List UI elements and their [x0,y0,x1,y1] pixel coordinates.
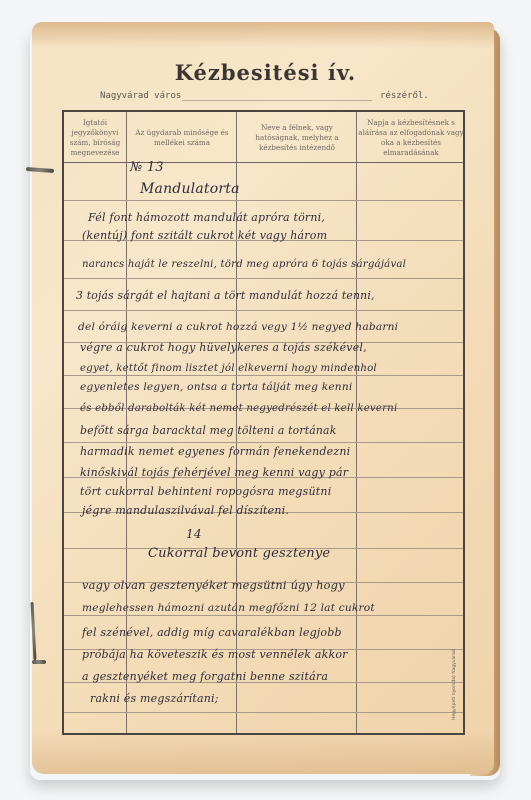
page-top-stain [32,22,494,48]
row-line [64,310,463,311]
city-label: Nagyvárad város [100,91,181,101]
entry-13-line: (kentúj) font szitált cukrot két vagy há… [82,229,327,242]
entry-13-line: végre a cukrot hogy hüvelykeres a tojás … [80,341,367,354]
entry-13-line: harmadik nemet egyenes formán fenekendez… [80,445,350,458]
row-line [64,442,463,443]
entry-13-line: befőtt sárga baracktal meg tölteni a tor… [80,424,336,437]
entry-13-number: № 13 [130,160,164,175]
column-divider-1 [126,112,127,733]
entry-14-line: meglehessen hámozni azután megfőzni 12 l… [82,602,375,614]
row-line [64,278,463,279]
entry-14-line: a gesztenyéket meg forgatni benne szitár… [82,670,328,683]
entry-14-line: fel szénével, addig míg cavaralékban leg… [82,626,342,639]
entry-14-heading: Cukorral bevont gesztenye [148,546,330,561]
entry-13-heading: Mandulatorta [140,181,240,197]
entry-14-line: próbája ha követeszik és most vennélek a… [82,648,348,661]
row-line [64,200,463,201]
entry-14-line: vagy olvan gesztenyéket megsütni úgy hog… [82,578,345,592]
entry-13-line: Fél font hámozott mandulát apróra törni, [88,211,325,224]
entry-13-line: del óráig keverni a cukrot hozzá vegy 1½… [78,321,398,333]
part-label: részéről. [380,91,429,101]
city-blank-line [182,100,372,101]
binding-string-knot [32,660,46,664]
header-separator [64,162,463,163]
column-divider-2 [236,112,237,733]
entry-13-line: narancs haját le reszelni, törd meg apró… [82,259,406,270]
column-divider-3 [356,112,357,733]
header-document-type: Az ügydarab minősége és mellékei száma [128,116,236,160]
delivery-table: Igtatói jegyzőkönyvi szám, bíróság megne… [62,110,465,735]
header-recipient: Neve a félnek, vagy hatóságnak, melyhez … [240,116,354,160]
entry-14-line: rakni és megszárítani; [90,692,219,705]
printer-imprint: Hegyi(petí nyomda) Nagyvárad [452,590,462,720]
entry-13-line: 3 tojás sárgát el hajtani a tört mandulá… [76,289,375,302]
header-delivery-date: Napja a kézbesítésnek s aláírása az elfo… [358,116,464,160]
row-line [64,615,463,616]
entry-14-number: 14 [186,527,202,541]
header-registry: Igtatói jegyzőkönyvi szám, bíróság megne… [64,116,126,160]
page-bottom-stain [32,730,494,774]
entry-13-line: tört cukorral behinteni ropogósra megsüt… [80,485,331,498]
entry-13-line: jégre mandulaszilvával fel díszíteni. [82,504,289,517]
row-line [64,712,463,713]
entry-13-line: egyenletes legyen, ontsa a torta tálját … [80,381,352,393]
row-line [64,375,463,376]
entry-13-line: és ebből darabolták két nemet negyedrész… [80,403,397,414]
document-title: Kézbesitési ív. [0,60,531,85]
entry-13-line: kinőskivál tojás fehérjével meg kenni va… [80,466,348,479]
entry-13-line: egyet, kettőt finom lisztet jól elkevern… [80,363,377,374]
